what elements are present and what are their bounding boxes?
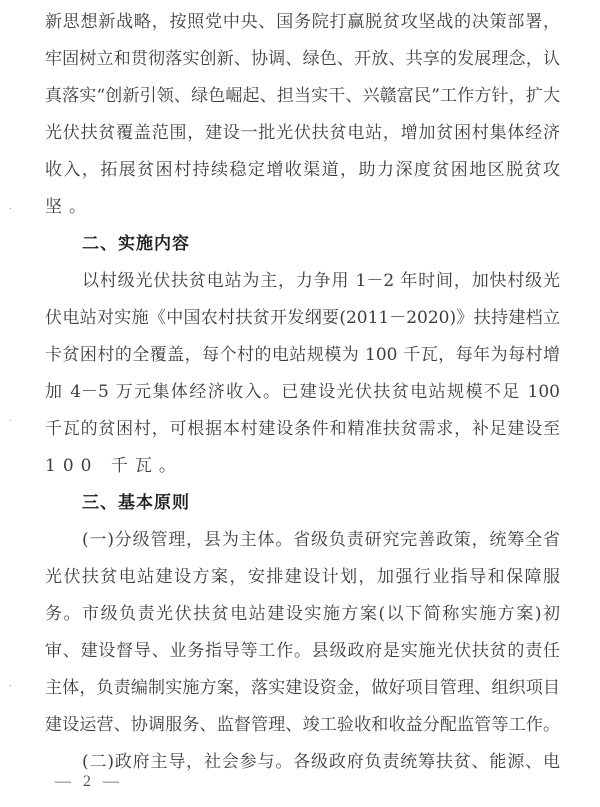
scan-speck — [10, 420, 11, 421]
paragraph-line: 收入，拓展贫困村持续稳定增收渠道，助力深度贫困地区脱贫攻 — [45, 155, 560, 185]
paragraph-line: 光伏扶贫电站建设方案，安排建设计划，加强行业指导和保障服 — [45, 562, 560, 592]
section-heading-implementation: 二、实施内容 — [82, 229, 190, 259]
paragraph-line: 新思想新战略，按照党中央、国务院打赢脱贫攻坚战的决策部署， — [45, 7, 560, 37]
paragraph-line: 加 4－5 万元集体经济收入。已建设光伏扶贫电站规模不足 100 — [45, 377, 560, 407]
paragraph-line: 以村级光伏扶贫电站为主，力争用 1－2 年时间，加快村级光 — [82, 266, 560, 296]
paragraph-line: 卡贫困村的全覆盖，每个村的电站规模为 100 千瓦，每年为每村增 — [45, 340, 560, 370]
paragraph-line: 审、建设督导、业务指导等工作。县级政府是实施光伏扶贫的责任 — [45, 636, 560, 666]
paragraph-line: 务。市级负责光伏扶贫电站建设实施方案(以下简称实施方案)初 — [45, 599, 560, 629]
section-heading-principles: 三、基本原则 — [82, 488, 190, 518]
page-number: — 2 — — [55, 768, 123, 796]
scan-speck — [10, 208, 11, 209]
scan-speck — [10, 685, 11, 686]
paragraph-line: 100 千瓦。 — [45, 451, 560, 481]
paragraph-line: 牢固树立和贯彻落实创新、协调、绿色、开放、共享的发展理念，认 — [45, 44, 560, 74]
paragraph-line: 主体，负责编制实施方案，落实建设资金，做好项目管理、组织项目 — [45, 673, 560, 703]
paragraph-line: 真落实“创新引领、绿色崛起、担当实干、兴赣富民”工作方针，扩大 — [45, 81, 560, 111]
paragraph-line: (二)政府主导，社会参与。各级政府负责统筹扶贫、能源、电 — [82, 747, 560, 777]
paragraph-line: (一)分级管理，县为主体。省级负责研究完善政策，统筹全省 — [82, 525, 560, 555]
paragraph-line: 建设运营、协调服务、监督管理、竣工验收和收益分配监管等工作。 — [45, 710, 560, 740]
paragraph-line: 光伏扶贫覆盖范围，建设一批光伏扶贫电站，增加贫困村集体经济 — [45, 118, 560, 148]
document-page: 新思想新战略，按照党中央、国务院打赢脱贫攻坚战的决策部署， 牢固树立和贯彻落实创… — [0, 0, 600, 807]
paragraph-line: 伏电站对实施《中国农村扶贫开发纲要(2011－2020)》扶持建档立 — [45, 303, 560, 333]
paragraph-line: 千瓦的贫困村，可根据本村建设条件和精准扶贫需求，补足建设至 — [45, 414, 560, 444]
paragraph-line: 坚。 — [45, 192, 560, 222]
